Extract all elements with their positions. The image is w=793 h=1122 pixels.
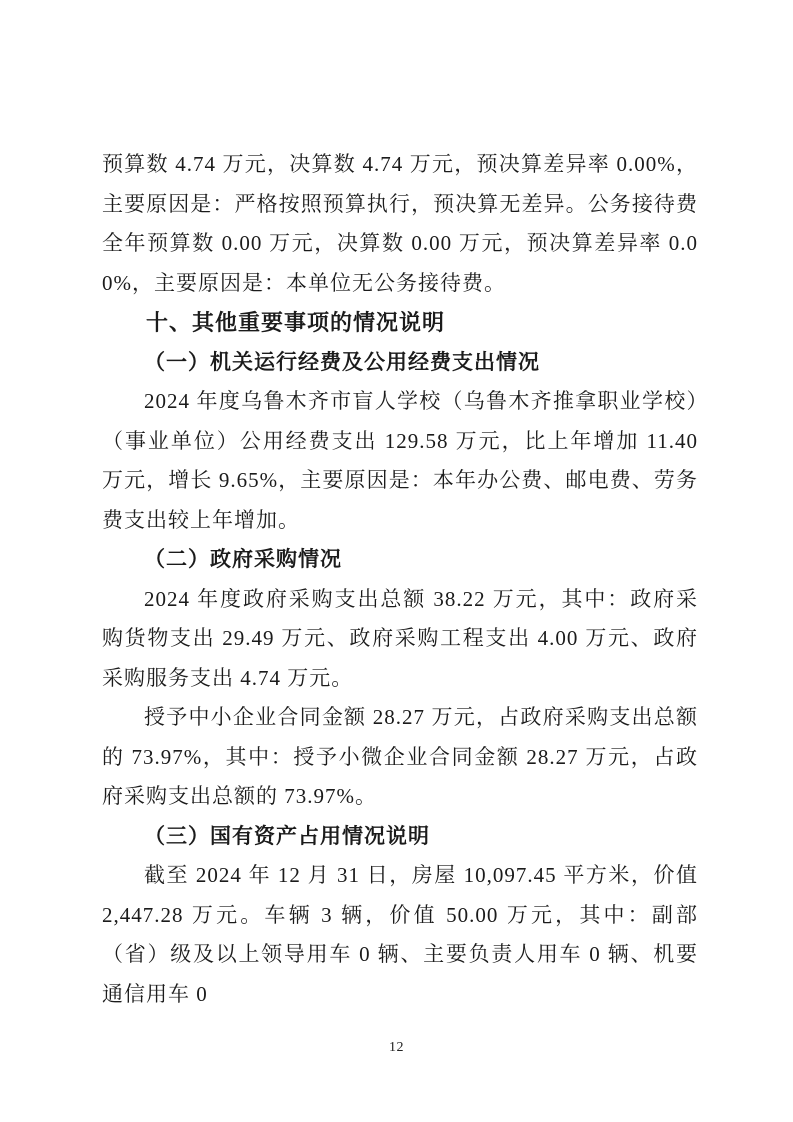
paragraph-state-assets-detail: 截至 2024 年 12 月 31 日，房屋 10,097.45 平方米，价值 … — [102, 856, 698, 1014]
page-number: 12 — [0, 1038, 793, 1058]
paragraph-procurement-total: 2024 年度政府采购支出总额 38.22 万元，其中：政府采购货物支出 29.… — [102, 580, 698, 699]
document-body: 预算数 4.74 万元，决算数 4.74 万元，预决算差异率 0.00%，主要原… — [102, 145, 698, 1014]
section-heading-other-important-matters: 十、其他重要事项的情况说明 — [102, 303, 698, 343]
subsection-heading-government-procurement: （二）政府采购情况 — [102, 540, 698, 580]
paragraph-sme-contract-amount: 授予中小企业合同金额 28.27 万元，占政府采购支出总额的 73.97%，其中… — [102, 698, 698, 817]
subsection-heading-state-owned-assets: （三）国有资产占用情况说明 — [102, 817, 698, 857]
document-page: 预算数 4.74 万元，决算数 4.74 万元，预决算差异率 0.00%，主要原… — [0, 0, 793, 1122]
subsection-heading-operating-and-public-funds: （一）机关运行经费及公用经费支出情况 — [102, 343, 698, 383]
paragraph-budget-variance: 预算数 4.74 万元，决算数 4.74 万元，预决算差异率 0.00%，主要原… — [102, 145, 698, 303]
paragraph-public-funds-expenditure: 2024 年度乌鲁木齐市盲人学校（乌鲁木齐推拿职业学校）（事业单位）公用经费支出… — [102, 382, 698, 540]
